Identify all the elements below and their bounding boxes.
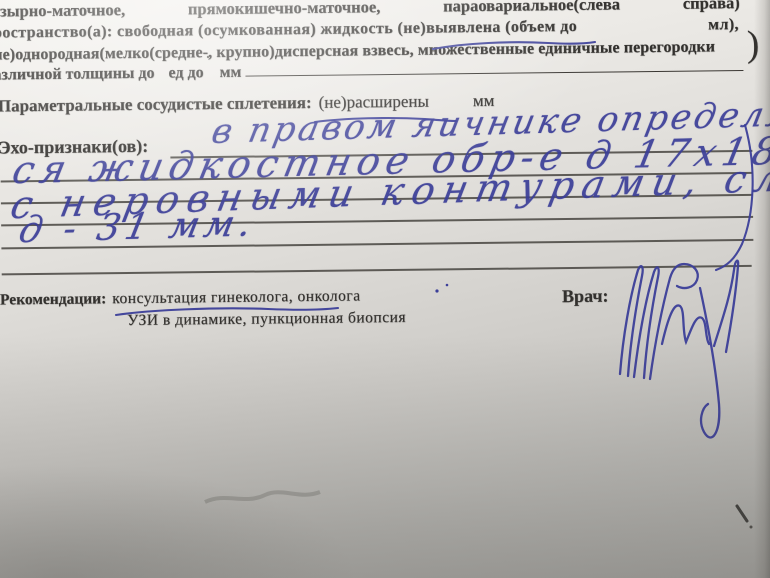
printed-line-2-main: ространство(а): свободная (осумкованная)… <box>0 18 577 43</box>
printed-line-4-word-1: азличной толщины до <box>0 65 155 85</box>
doctor-label: Врач: <box>562 286 609 308</box>
recommendations-label: Рекомендации: <box>0 290 106 309</box>
printed-line-1-word-1: узырно-маточное, <box>0 0 125 22</box>
printed-line-2-end: мл), <box>708 16 739 34</box>
paper-sheet: узырно-маточное, прямокишечно-маточное, … <box>0 0 770 578</box>
recommendations-text-1: консультация гинеколога, онколога <box>112 287 361 308</box>
document-photo: узырно-маточное, прямокишечно-маточное, … <box>0 0 770 578</box>
printed-line-4-word-2: ед до <box>168 64 203 82</box>
recommendations-line-1: Рекомендации: консультация гинеколога, о… <box>0 287 361 309</box>
printed-line-1-word-2: прямокишечно-маточное, <box>188 0 381 19</box>
recommendations-text-2: УЗИ в динамике, пункционная биопсия <box>127 309 406 330</box>
ruled-line-6 <box>2 265 752 275</box>
printed-line-4-word-3: мм <box>219 64 241 82</box>
handwriting-line-4: д - 31 мм. <box>15 203 259 251</box>
printed-line-1-word-4: справа) <box>683 0 740 14</box>
printed-line-1-word-3: параовариальное(слева <box>443 0 620 16</box>
